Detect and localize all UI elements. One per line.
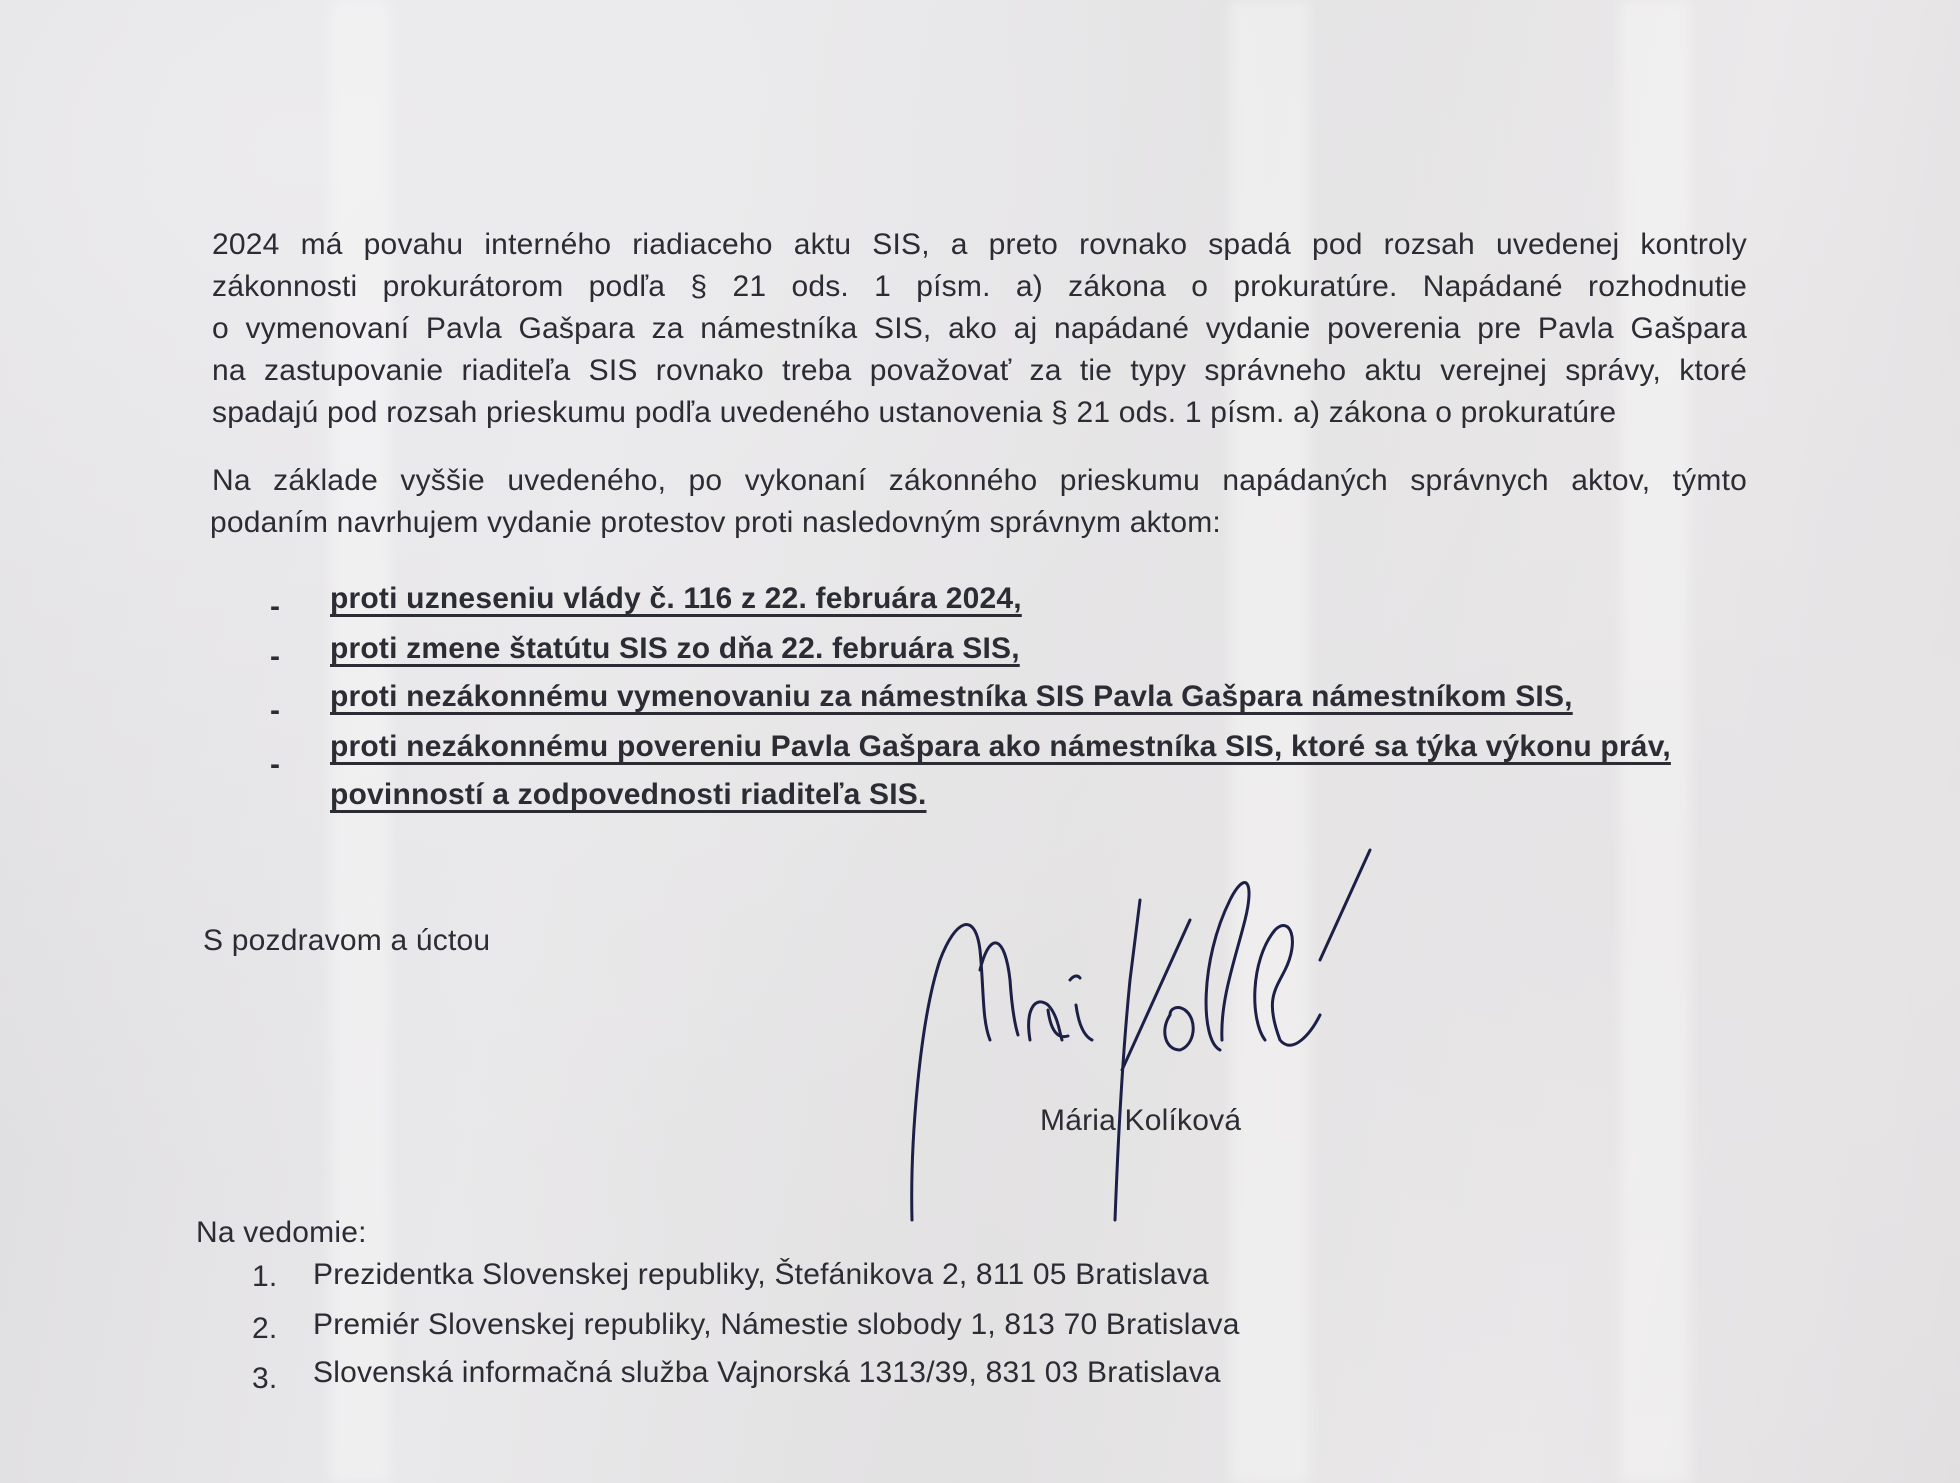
cc-heading: Na vedomie: xyxy=(196,1216,367,1250)
cc-number: 3. xyxy=(252,1362,277,1396)
protest-item: proti nezákonnému vymenovaniu za námestn… xyxy=(330,680,1573,714)
protest-item: proti zmene štatútu SIS zo dňa 22. febru… xyxy=(330,632,1020,666)
bullet-dash: - xyxy=(270,694,280,728)
text-line: o vymenovaní Pavla Gašpara za námestníka… xyxy=(212,312,1747,346)
closing-salutation: S pozdravom a úctou xyxy=(203,924,490,958)
text-line: 2024 má povahu interného riadiaceho aktu… xyxy=(212,228,1747,262)
text-line: na zastupovanie riaditeľa SIS rovnako tr… xyxy=(212,354,1747,388)
cc-recipient: Premiér Slovenskej republiky, Námestie s… xyxy=(313,1308,1240,1342)
protest-item: proti nezákonnému povereniu Pavla Gašpar… xyxy=(330,730,1671,764)
cc-recipient: Prezidentka Slovenskej republiky, Štefán… xyxy=(313,1258,1209,1292)
cc-recipient: Slovenská informačná služba Vajnorská 13… xyxy=(313,1356,1221,1390)
cc-number: 2. xyxy=(252,1312,277,1346)
signatory-name: Mária Kolíková xyxy=(1040,1104,1241,1138)
bullet-dash: - xyxy=(270,590,280,624)
bullet-dash: - xyxy=(270,748,280,782)
protest-item: proti uzneseniu vlády č. 116 z 22. febru… xyxy=(330,582,1022,616)
text-line: zákonnosti prokurátorom podľa § 21 ods. … xyxy=(212,270,1747,304)
signature-icon xyxy=(900,840,1460,1240)
text-line: podaním navrhujem vydanie protestov prot… xyxy=(210,506,1221,540)
bullet-dash: - xyxy=(270,640,280,674)
paper-page: 2024 má povahu interného riadiaceho aktu… xyxy=(0,0,1960,1483)
protest-item: povinností a zodpovednosti riaditeľa SIS… xyxy=(330,778,927,812)
text-line: spadajú pod rozsah prieskumu podľa uvede… xyxy=(212,396,1616,430)
text-line: Na základe vyššie uvedeného, po vykonaní… xyxy=(212,464,1747,498)
cc-number: 1. xyxy=(252,1260,277,1294)
